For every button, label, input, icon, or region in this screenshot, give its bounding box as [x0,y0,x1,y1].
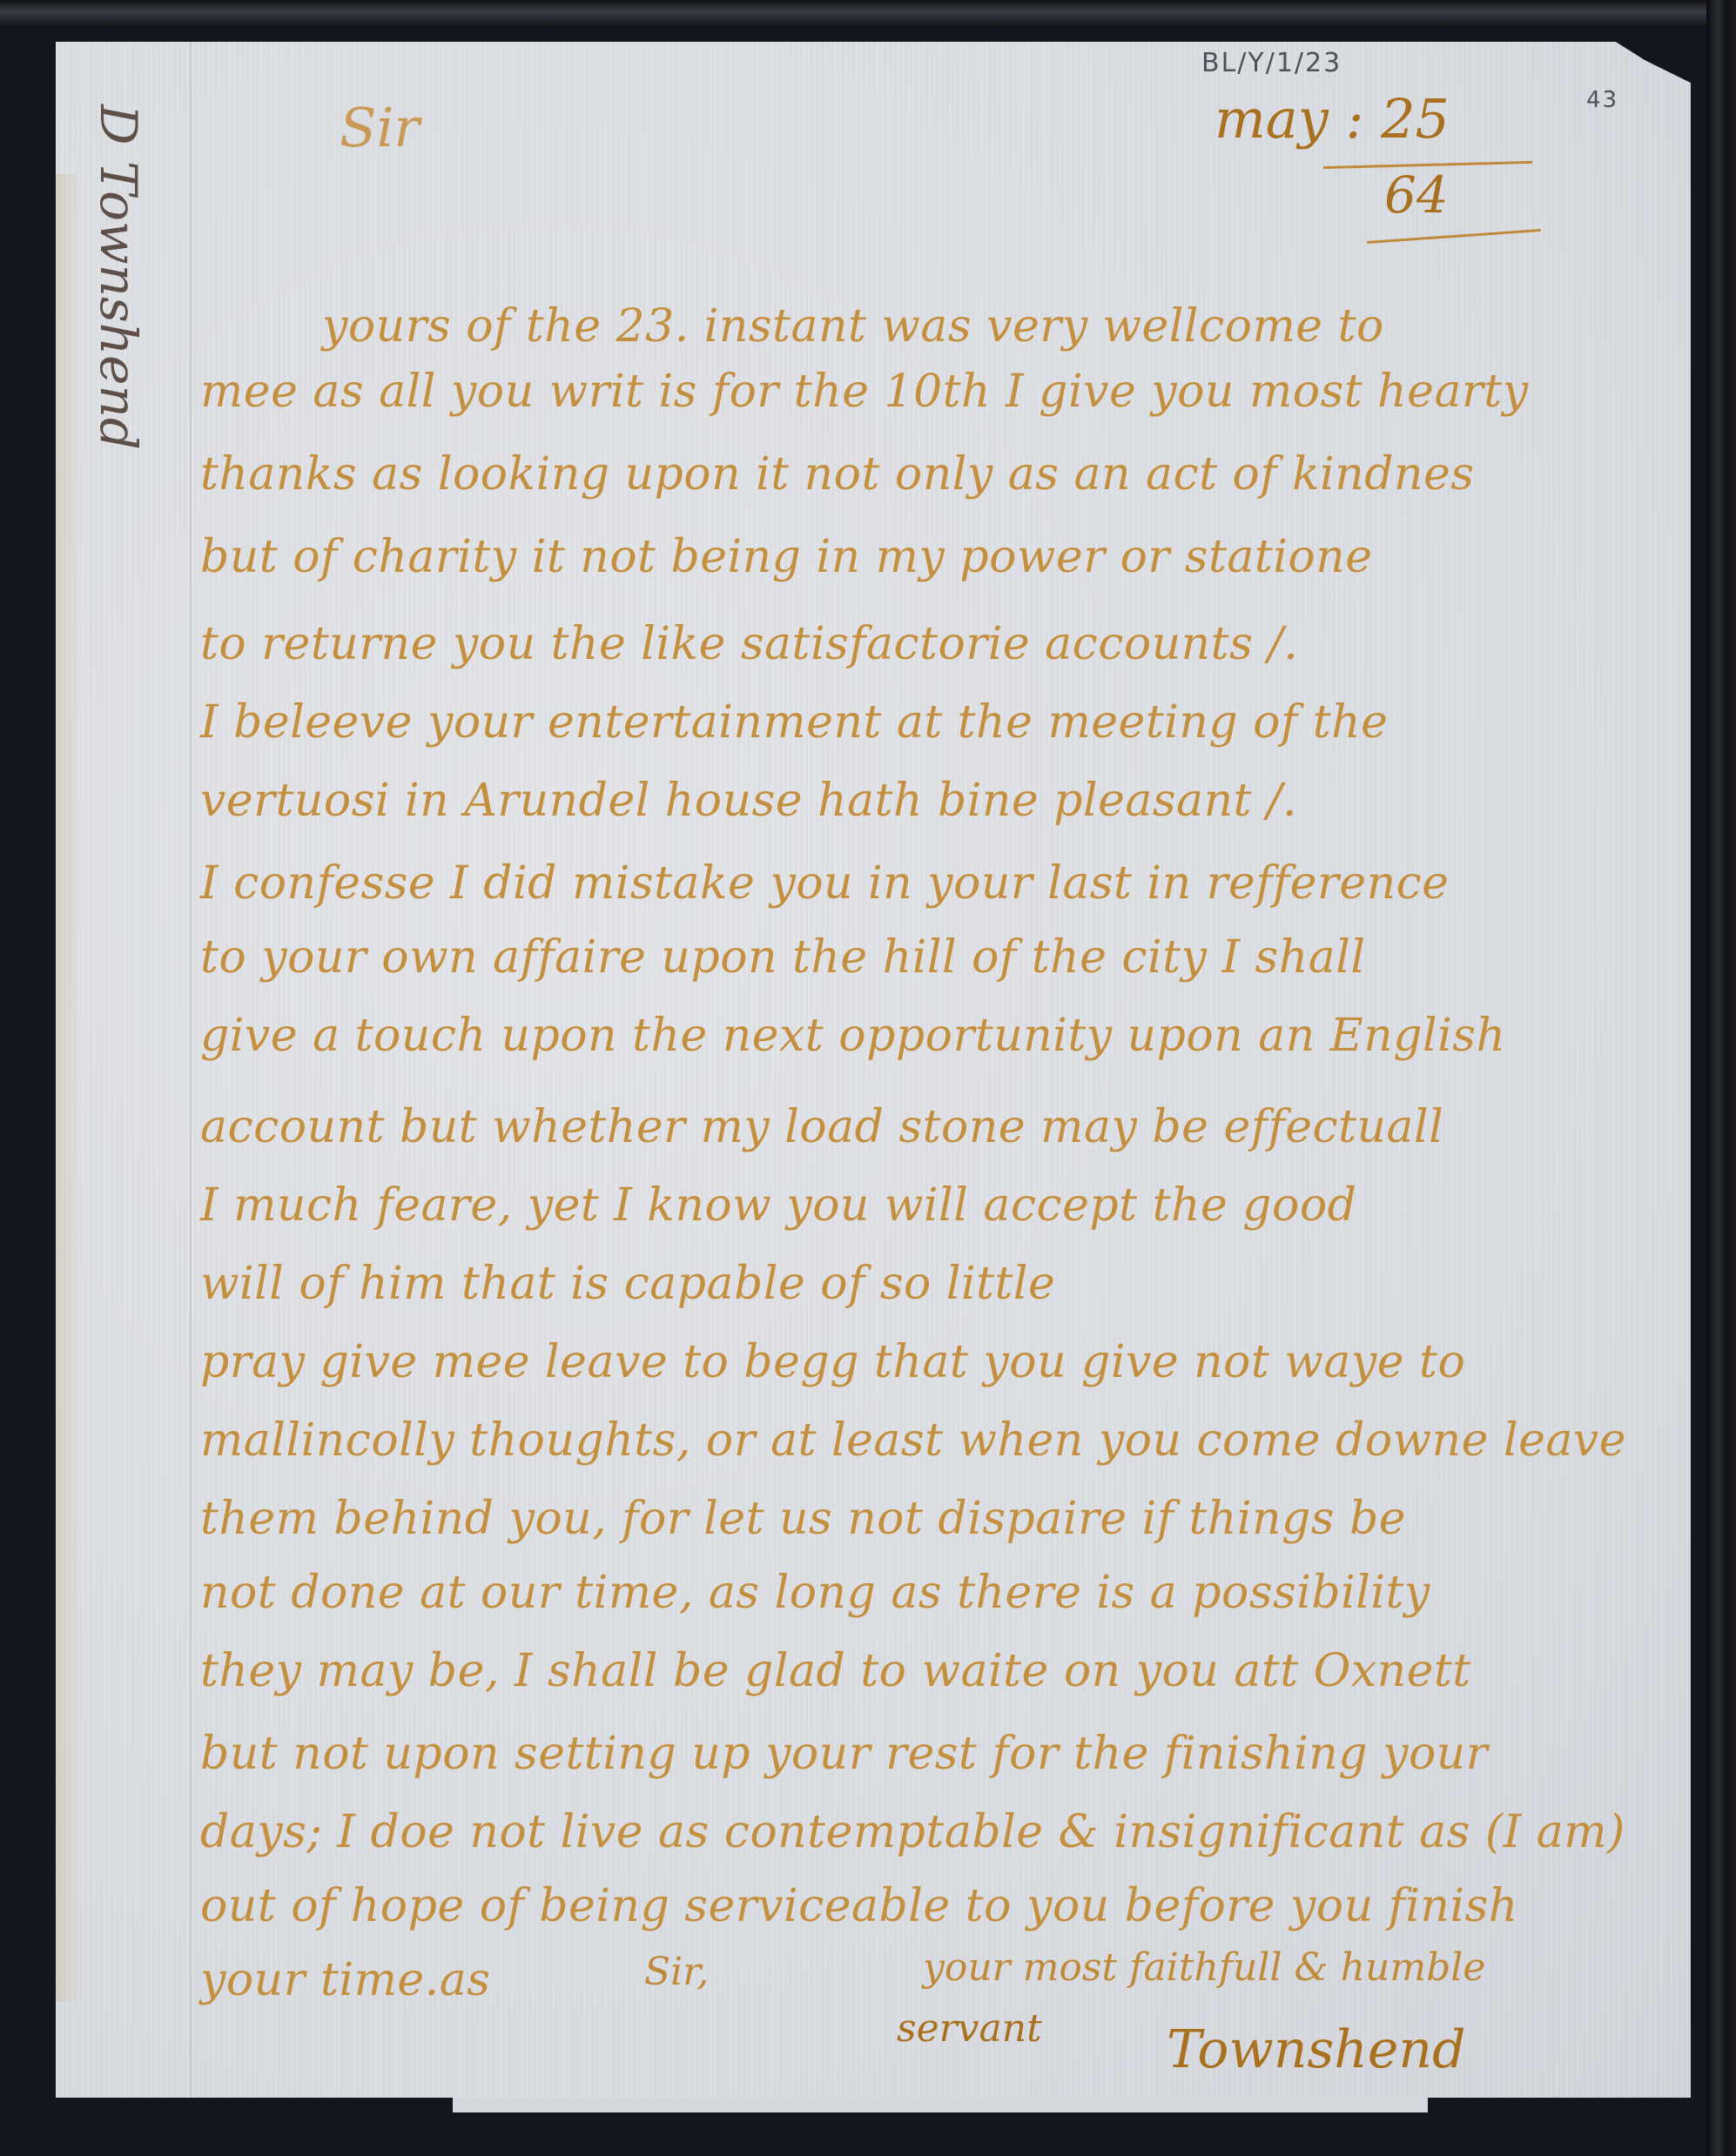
body-line: out of hope of being serviceable to you … [200,1880,1680,1932]
date-day-month: may : 25 [1215,87,1450,151]
body-line: mee as all you writ is for the 10th I gi… [200,366,1680,418]
body-line: your time.as [200,1954,490,2006]
body-line: vertuosi in Arundel house hath bine plea… [200,775,1680,827]
body-line: I beleeve your entertainment at the meet… [200,696,1680,749]
closing-address: Sir, [644,1950,709,1994]
body-line: pray give mee leave to begg that you giv… [200,1336,1680,1388]
body-line: them behind you, for let us not dispaire… [200,1493,1680,1545]
signature: Townshend [1167,2019,1465,2080]
body-line: will of him that is capable of so little [200,1258,1680,1310]
body-line: account but whether my load stone may be… [200,1101,1680,1153]
folio-number: 43 [1586,87,1618,113]
body-line: to your own affaire upon the hill of the… [200,931,1680,984]
body-line: mallincolly thoughts, or at least when y… [200,1414,1680,1467]
edge-stain [56,174,82,2002]
closing-servant: servant [897,2006,1042,2051]
body-line: I confesse I did mistake you in your las… [200,857,1680,910]
body-line: but of charity it not being in my power … [200,531,1680,583]
closing-valediction: your most faithfull & humble [923,1945,1485,1990]
body-line: yours of the 23. instant was very wellco… [322,300,1736,353]
body-line: thanks as looking upon it not only as an… [200,448,1680,500]
body-line: not done at our time, as long as there i… [200,1567,1680,1619]
archive-reference: BL/Y/1/23 [1201,48,1342,78]
body-line: I much feare, yet I know you will accept… [200,1179,1680,1232]
body-line: give a touch upon the next opportunity u… [200,1010,1680,1062]
salutation: Sir [340,96,420,159]
margin-docket: D Townshend [89,104,148,450]
body-line: but not upon setting up your rest for th… [200,1728,1680,1780]
date-year: 64 [1384,165,1449,225]
mount-frame-top [0,0,1736,26]
body-line: to returne you the like satisfactorie ac… [200,618,1680,670]
fold-crease [190,42,192,2098]
body-line: days; I doe not live as contemptable & i… [200,1806,1680,1858]
body-line: they may be, I shall be glad to waite on… [200,1645,1680,1697]
